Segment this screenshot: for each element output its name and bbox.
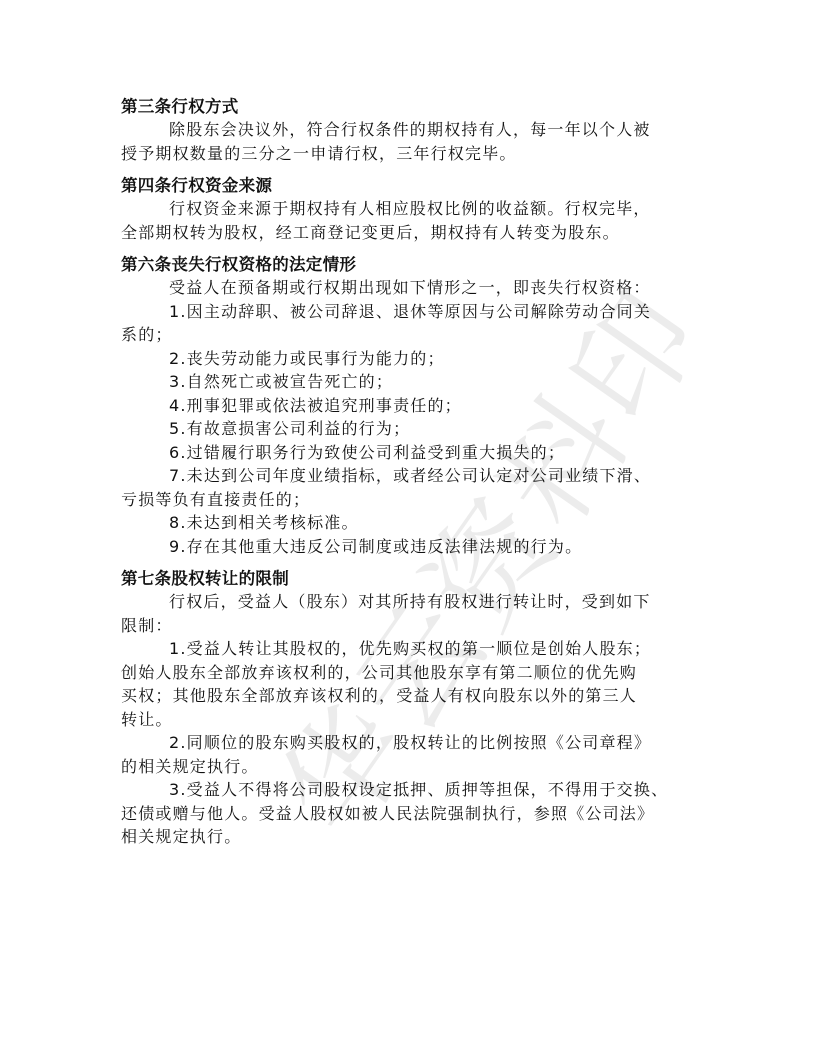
- text-line: 1.因主动辞职、被公司辞退、退休等原因与公司解除劳动合同关: [121, 300, 696, 324]
- section-heading: 第三条行权方式: [121, 96, 696, 118]
- text-line: 行权资金来源于期权持有人相应股权比例的收益额。行权完毕，: [121, 197, 696, 221]
- text-line: 2.同顺位的股东购买股权的，股权转让的比例按照《公司章程》: [121, 731, 696, 755]
- text-line: 限制：: [121, 614, 696, 638]
- section-heading: 第六条丧失行权资格的法定情形: [121, 254, 696, 276]
- list-item: 3.受益人不得将公司股权设定抵押、质押等担保，不得用于交换、 还债或赠与他人。受…: [121, 778, 696, 849]
- paragraph: 除股东会决议外，符合行权条件的期权持有人，每一年以个人被 授予期权数量的三分之一…: [121, 118, 696, 165]
- section-article-3: 第三条行权方式 除股东会决议外，符合行权条件的期权持有人，每一年以个人被 授予期…: [121, 96, 696, 165]
- text-line: 1.受益人转让其股权的，优先购买权的第一顺位是创始人股东；: [121, 637, 696, 661]
- paragraph: 行权资金来源于期权持有人相应股权比例的收益额。行权完毕， 全部期权转为股权，经工…: [121, 197, 696, 244]
- text-line: 全部期权转为股权，经工商登记变更后，期权持有人转变为股东。: [121, 221, 696, 245]
- text-line: 相关规定执行。: [121, 825, 696, 849]
- list-item: 2.同顺位的股东购买股权的，股权转让的比例按照《公司章程》 的相关规定执行。: [121, 731, 696, 778]
- section-article-7: 第七条股权转让的限制 行权后，受益人（股东）对其所持有股权进行转让时，受到如下 …: [121, 568, 696, 849]
- list-item: 8.未达到相关考核标准。: [121, 511, 696, 535]
- text-line: 系的；: [121, 323, 696, 347]
- text-line: 创始人股东全部放弃该权利的，公司其他股东享有第二顺位的优先购: [121, 661, 696, 685]
- list-item: 1.因主动辞职、被公司辞退、退休等原因与公司解除劳动合同关 系的；: [121, 300, 696, 347]
- list-item: 2.丧失劳动能力或民事行为能力的；: [121, 347, 696, 371]
- section-heading: 第四条行权资金来源: [121, 175, 696, 197]
- list-item: 4.刑事犯罪或依法被追究刑事责任的；: [121, 394, 696, 418]
- section-article-6: 第六条丧失行权资格的法定情形 受益人在预备期或行权期出现如下情形之一，即丧失行权…: [121, 254, 696, 558]
- list-item: 5.有故意损害公司利益的行为；: [121, 417, 696, 441]
- text-line: 除股东会决议外，符合行权条件的期权持有人，每一年以个人被: [121, 118, 696, 142]
- list-item: 3.自然死亡或被宣告死亡的；: [121, 370, 696, 394]
- section-heading: 第七条股权转让的限制: [121, 568, 696, 590]
- intro-line: 受益人在预备期或行权期出现如下情形之一，即丧失行权资格：: [121, 276, 696, 300]
- list-item: 6.过错履行职务行为致使公司利益受到重大损失的；: [121, 441, 696, 465]
- list-item: 9.存在其他重大违反公司制度或违反法律法规的行为。: [121, 535, 696, 559]
- text-line: 授予期权数量的三分之一申请行权，三年行权完毕。: [121, 142, 696, 166]
- text-line: 7.未达到公司年度业绩指标，或者经公司认定对公司业绩下滑、: [121, 464, 696, 488]
- text-line: 3.受益人不得将公司股权设定抵押、质押等担保，不得用于交换、: [121, 778, 696, 802]
- paragraph: 行权后，受益人（股东）对其所持有股权进行转让时，受到如下 限制：: [121, 590, 696, 637]
- text-line: 买权；其他股东全部放弃该权利的，受益人有权向股东以外的第三人: [121, 684, 696, 708]
- text-line: 转让。: [121, 708, 696, 732]
- text-line: 还债或赠与他人。受益人股权如被人民法院强制执行，参照《公司法》: [121, 802, 696, 826]
- section-article-4: 第四条行权资金来源 行权资金来源于期权持有人相应股权比例的收益额。行权完毕， 全…: [121, 175, 696, 244]
- text-line: 亏损等负有直接责任的；: [121, 488, 696, 512]
- list-item: 1.受益人转让其股权的，优先购买权的第一顺位是创始人股东； 创始人股东全部放弃该…: [121, 637, 696, 731]
- text-line: 行权后，受益人（股东）对其所持有股权进行转让时，受到如下: [121, 590, 696, 614]
- list-item: 7.未达到公司年度业绩指标，或者经公司认定对公司业绩下滑、 亏损等负有直接责任的…: [121, 464, 696, 511]
- document-page: 第三条行权方式 除股东会决议外，符合行权条件的期权持有人，每一年以个人被 授予期…: [121, 96, 696, 849]
- text-line: 的相关规定执行。: [121, 755, 696, 779]
